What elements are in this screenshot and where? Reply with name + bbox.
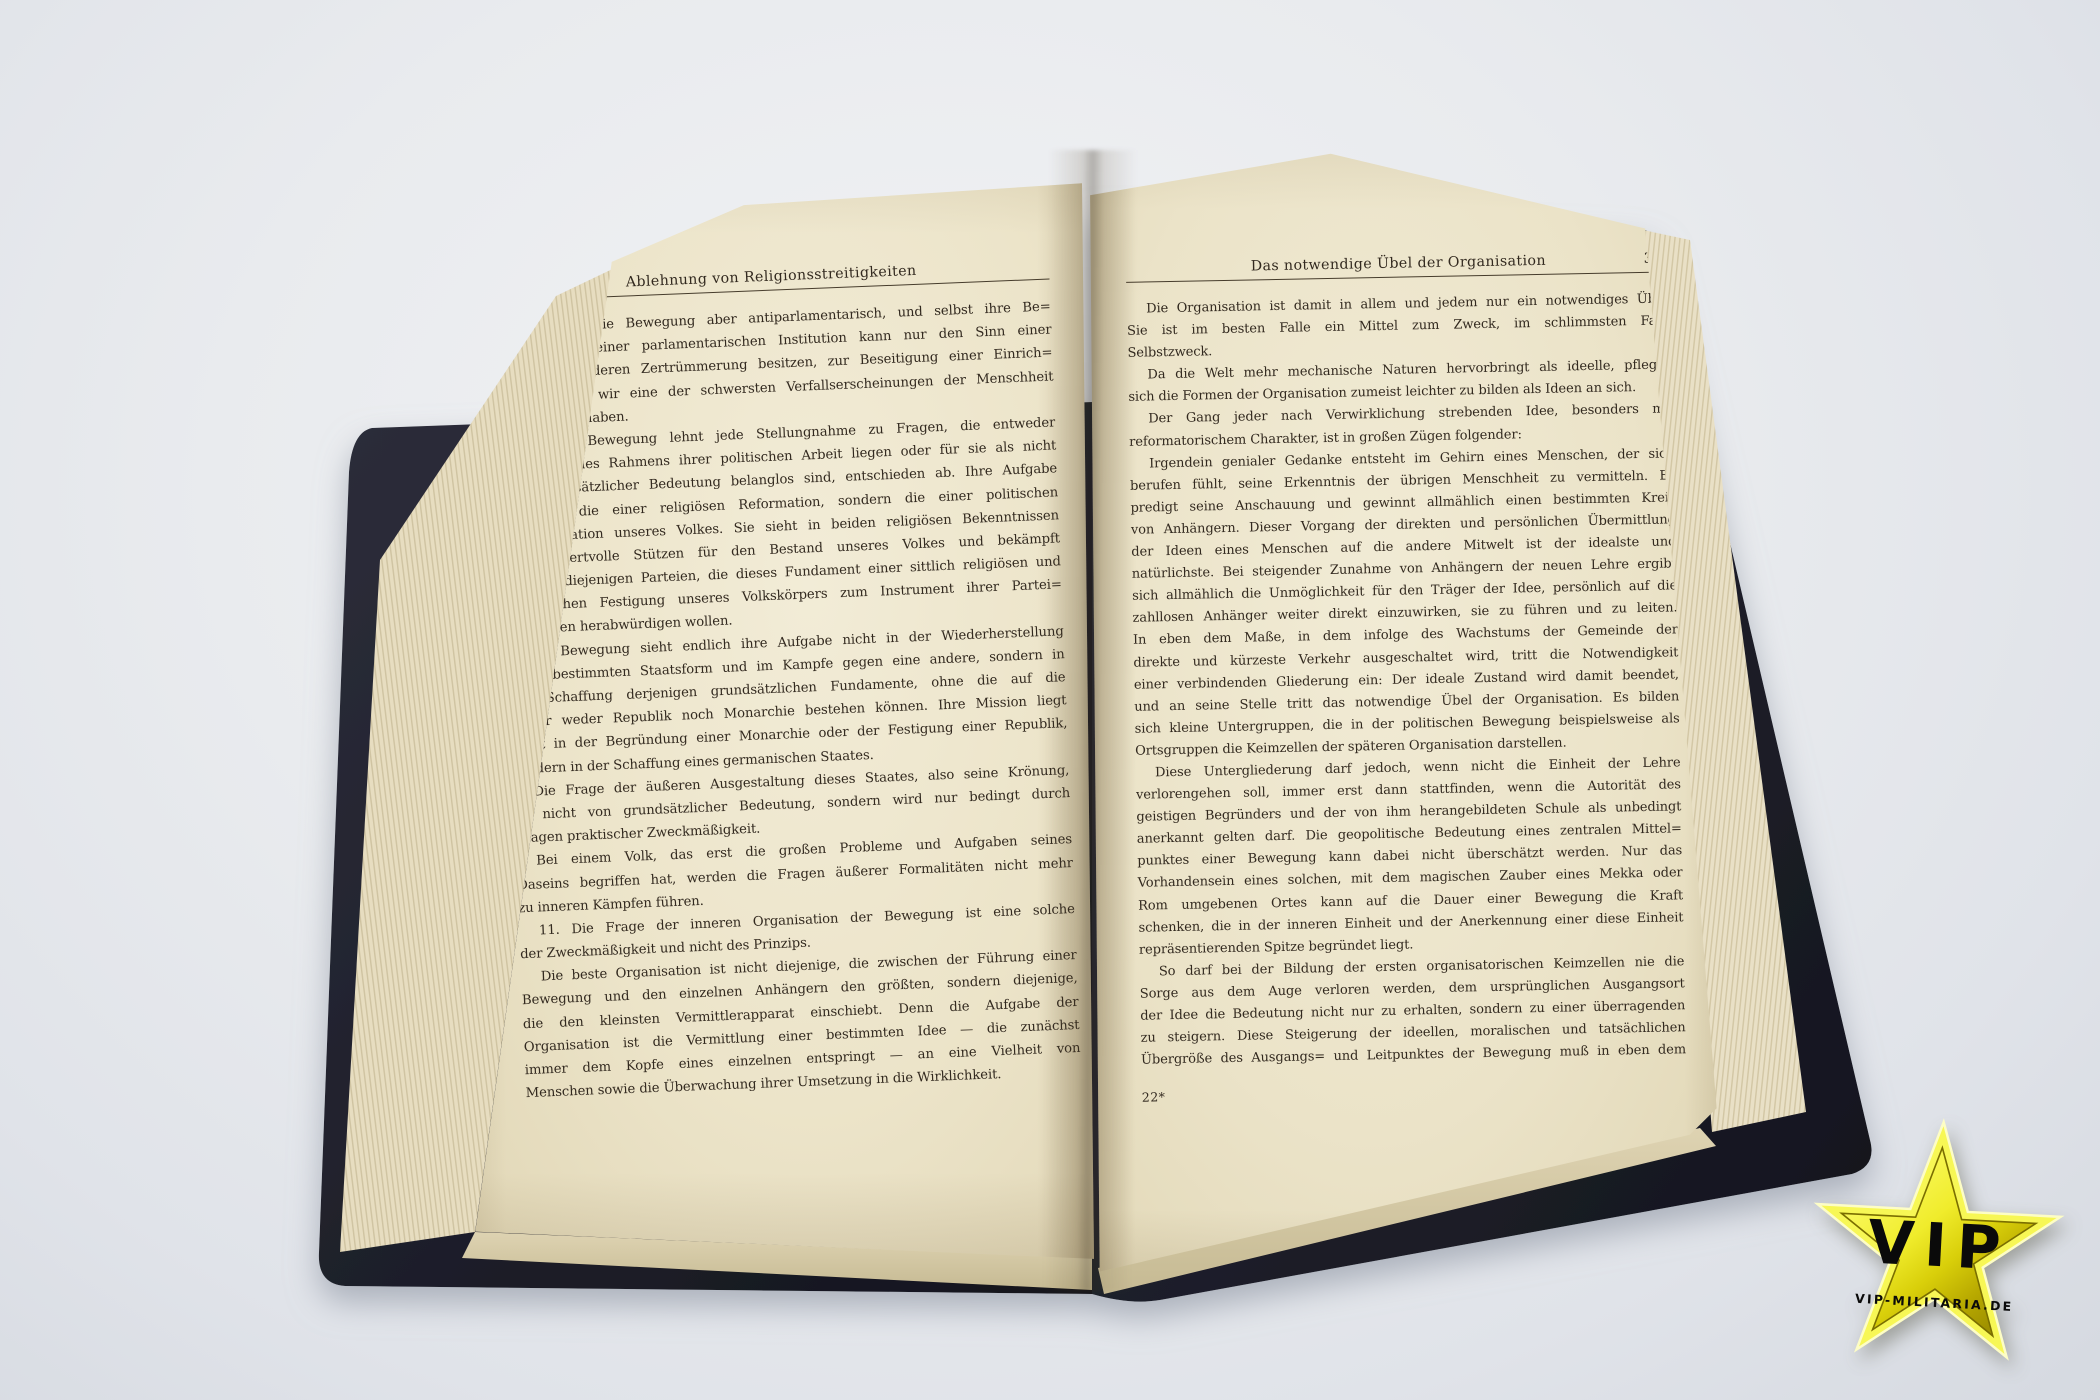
left-running-title: Ablehnung von Religionsstreitigkeiten (545, 260, 997, 294)
right-page: Das notwendige Übel der Organisation 339… (1085, 140, 1723, 1290)
right-running-title: Das notwendige Übel der Organisation (1178, 251, 1619, 275)
right-text-column: Die Organisation ist damit in allem und … (1126, 288, 1686, 1072)
vip-label: VIP (1866, 1207, 2012, 1284)
right-page-content: Das notwendige Übel der Organisation 339… (1079, 131, 1735, 1105)
right-header-spacer (1126, 272, 1178, 273)
signature-mark: 22* (1142, 1079, 1696, 1105)
vip-militaria-watermark: VIP VIP-MILITARIA.DE (1787, 1100, 2087, 1400)
left-header-spacer (997, 270, 1049, 272)
right-page-header: Das notwendige Übel der Organisation 339 (1126, 250, 1671, 282)
studio-backdrop: 338 Ablehnung von Religionsstreitigkeite… (0, 0, 2100, 1400)
